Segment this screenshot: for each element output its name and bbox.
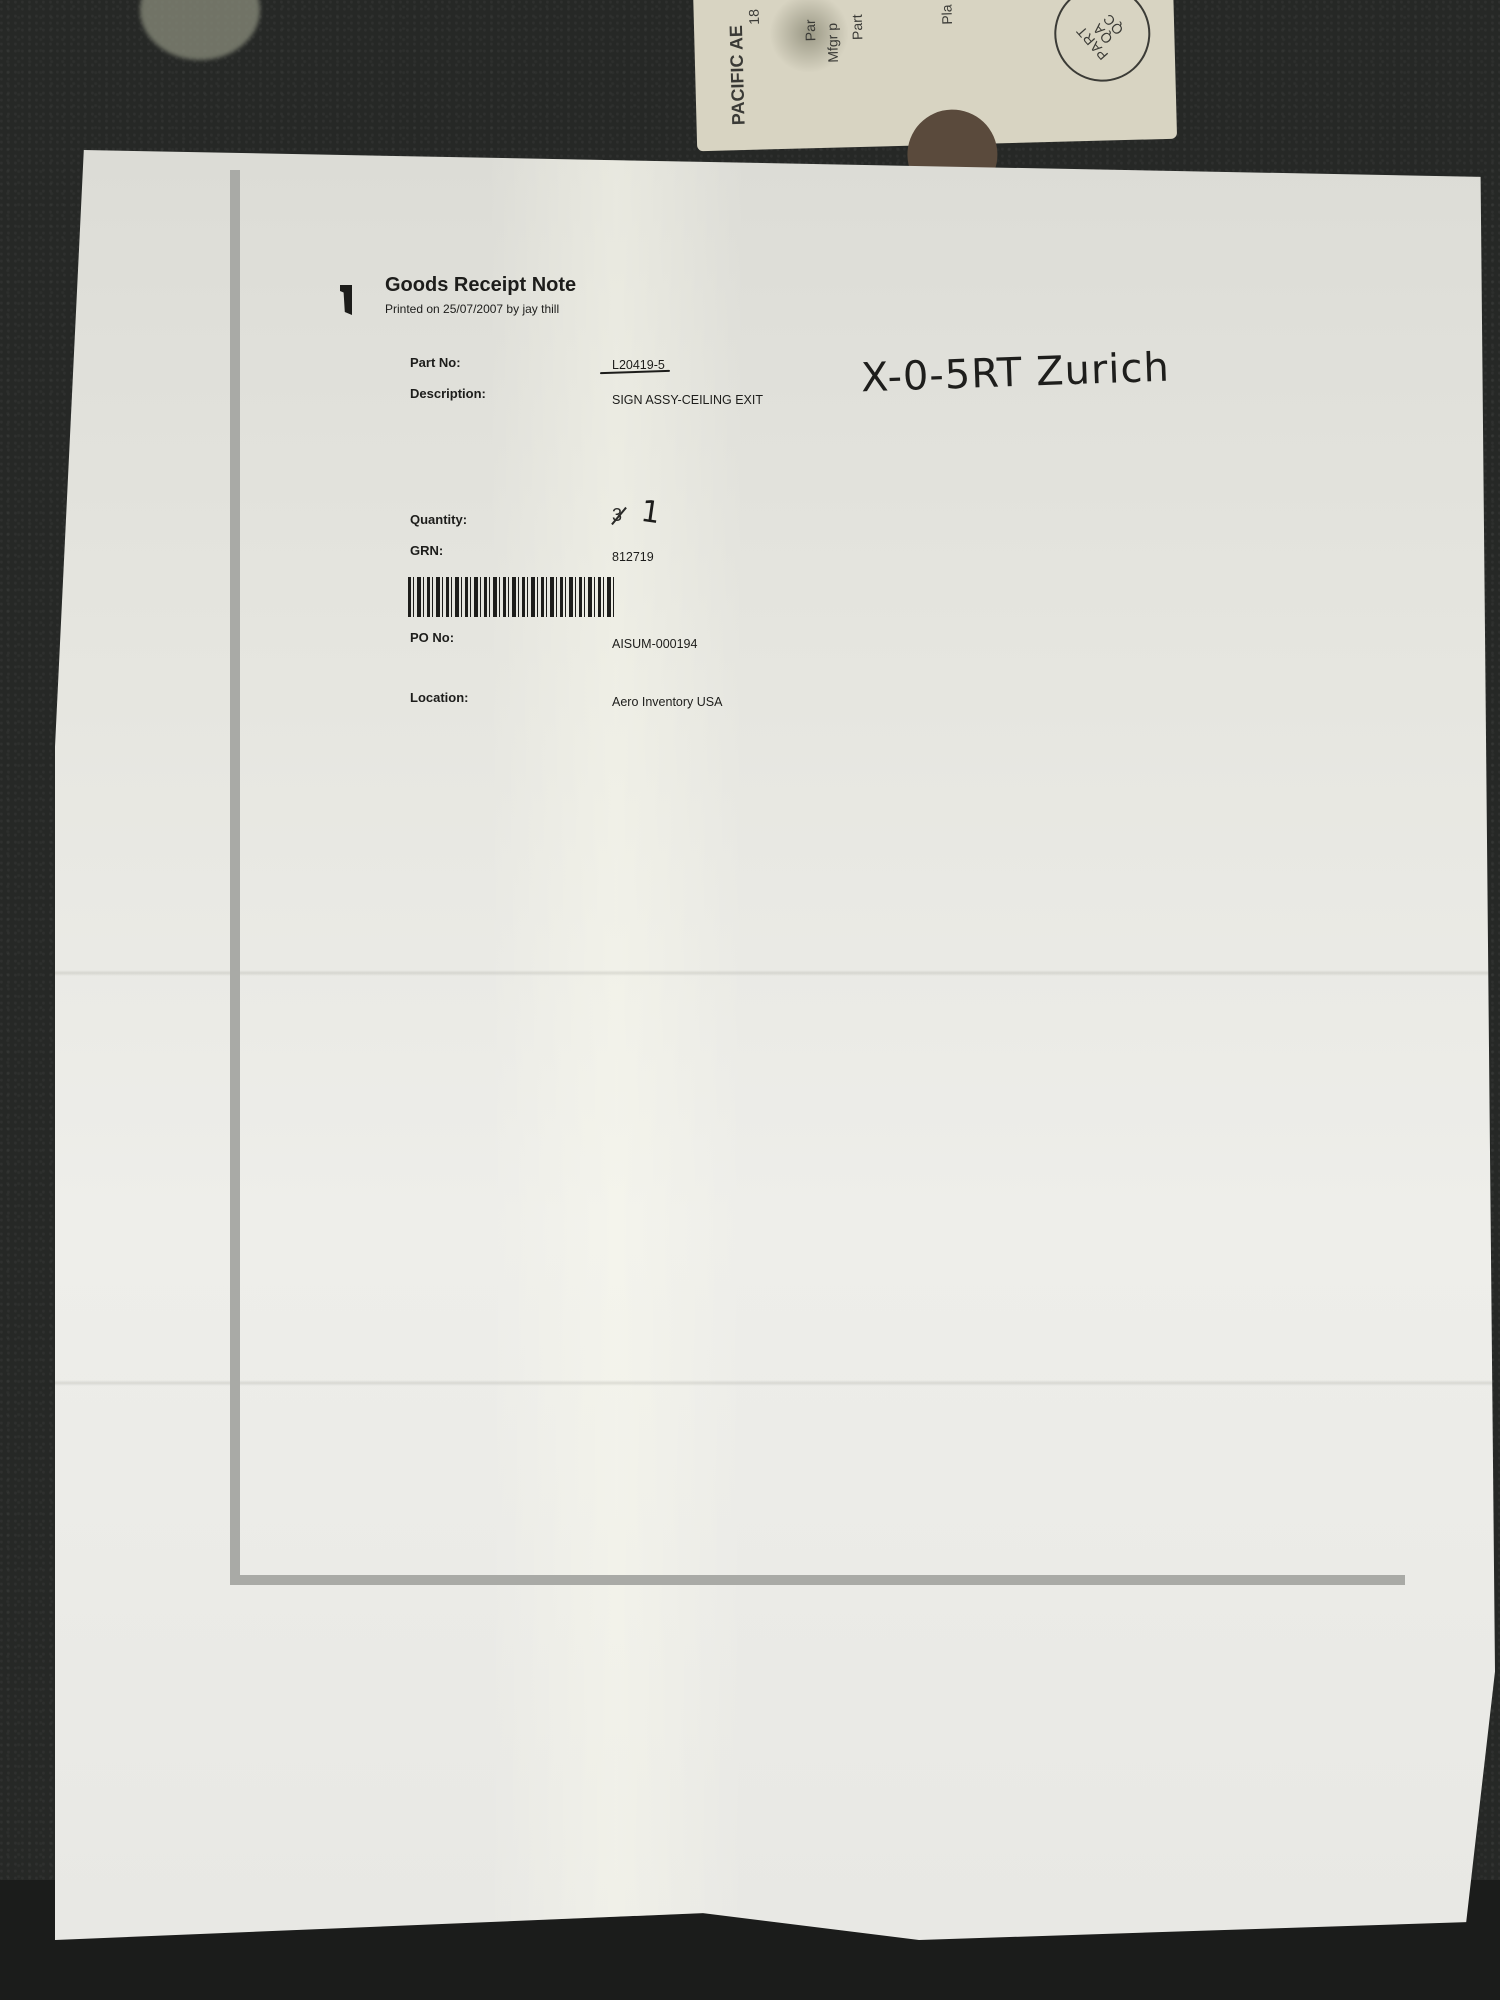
document-title: Goods Receipt Note [385,274,576,297]
receipt-paper: Goods Receipt Note Printed on 25/07/2007… [55,150,1495,1940]
tag-line: Par [802,19,819,41]
tag-number: 18 [746,9,762,25]
tag-line: Mfgr p [824,23,841,63]
company-logo-icon [340,285,352,315]
location-value: Aero Inventory USA [612,695,722,709]
tag-line: Part [849,14,866,40]
po-label: PO No: [410,630,454,645]
quantity-printed-struck: 3 [612,505,622,526]
handwritten-underline [600,370,670,374]
qa-stamp: PART QA QC [1035,0,1171,101]
grn-value: 812719 [612,550,654,564]
tag-title: PACIFIC AE [726,25,750,126]
printed-info: Printed on 25/07/2007 by jay thill [385,302,559,316]
quantity-label: Quantity: [410,512,467,527]
location-label: Location: [410,690,469,705]
part-no-label: Part No: [410,355,461,370]
po-value: AISUM-000194 [612,637,697,651]
goods-receipt-note: Goods Receipt Note Printed on 25/07/2007… [55,150,1495,1940]
handwritten-note: X-0-5RT Zurich [860,345,1170,402]
quantity-handwritten: 1 [639,494,663,531]
background-object [140,0,260,60]
tag-line: Pla [938,4,955,25]
description-value: SIGN ASSY-CEILING EXIT [612,393,763,407]
grn-barcode [408,577,615,617]
description-label: Description: [410,386,486,401]
grn-label: GRN: [410,543,443,558]
part-tag: PACIFIC AE 18 Par Mfgr p Part Pla PART Q… [693,0,1177,151]
